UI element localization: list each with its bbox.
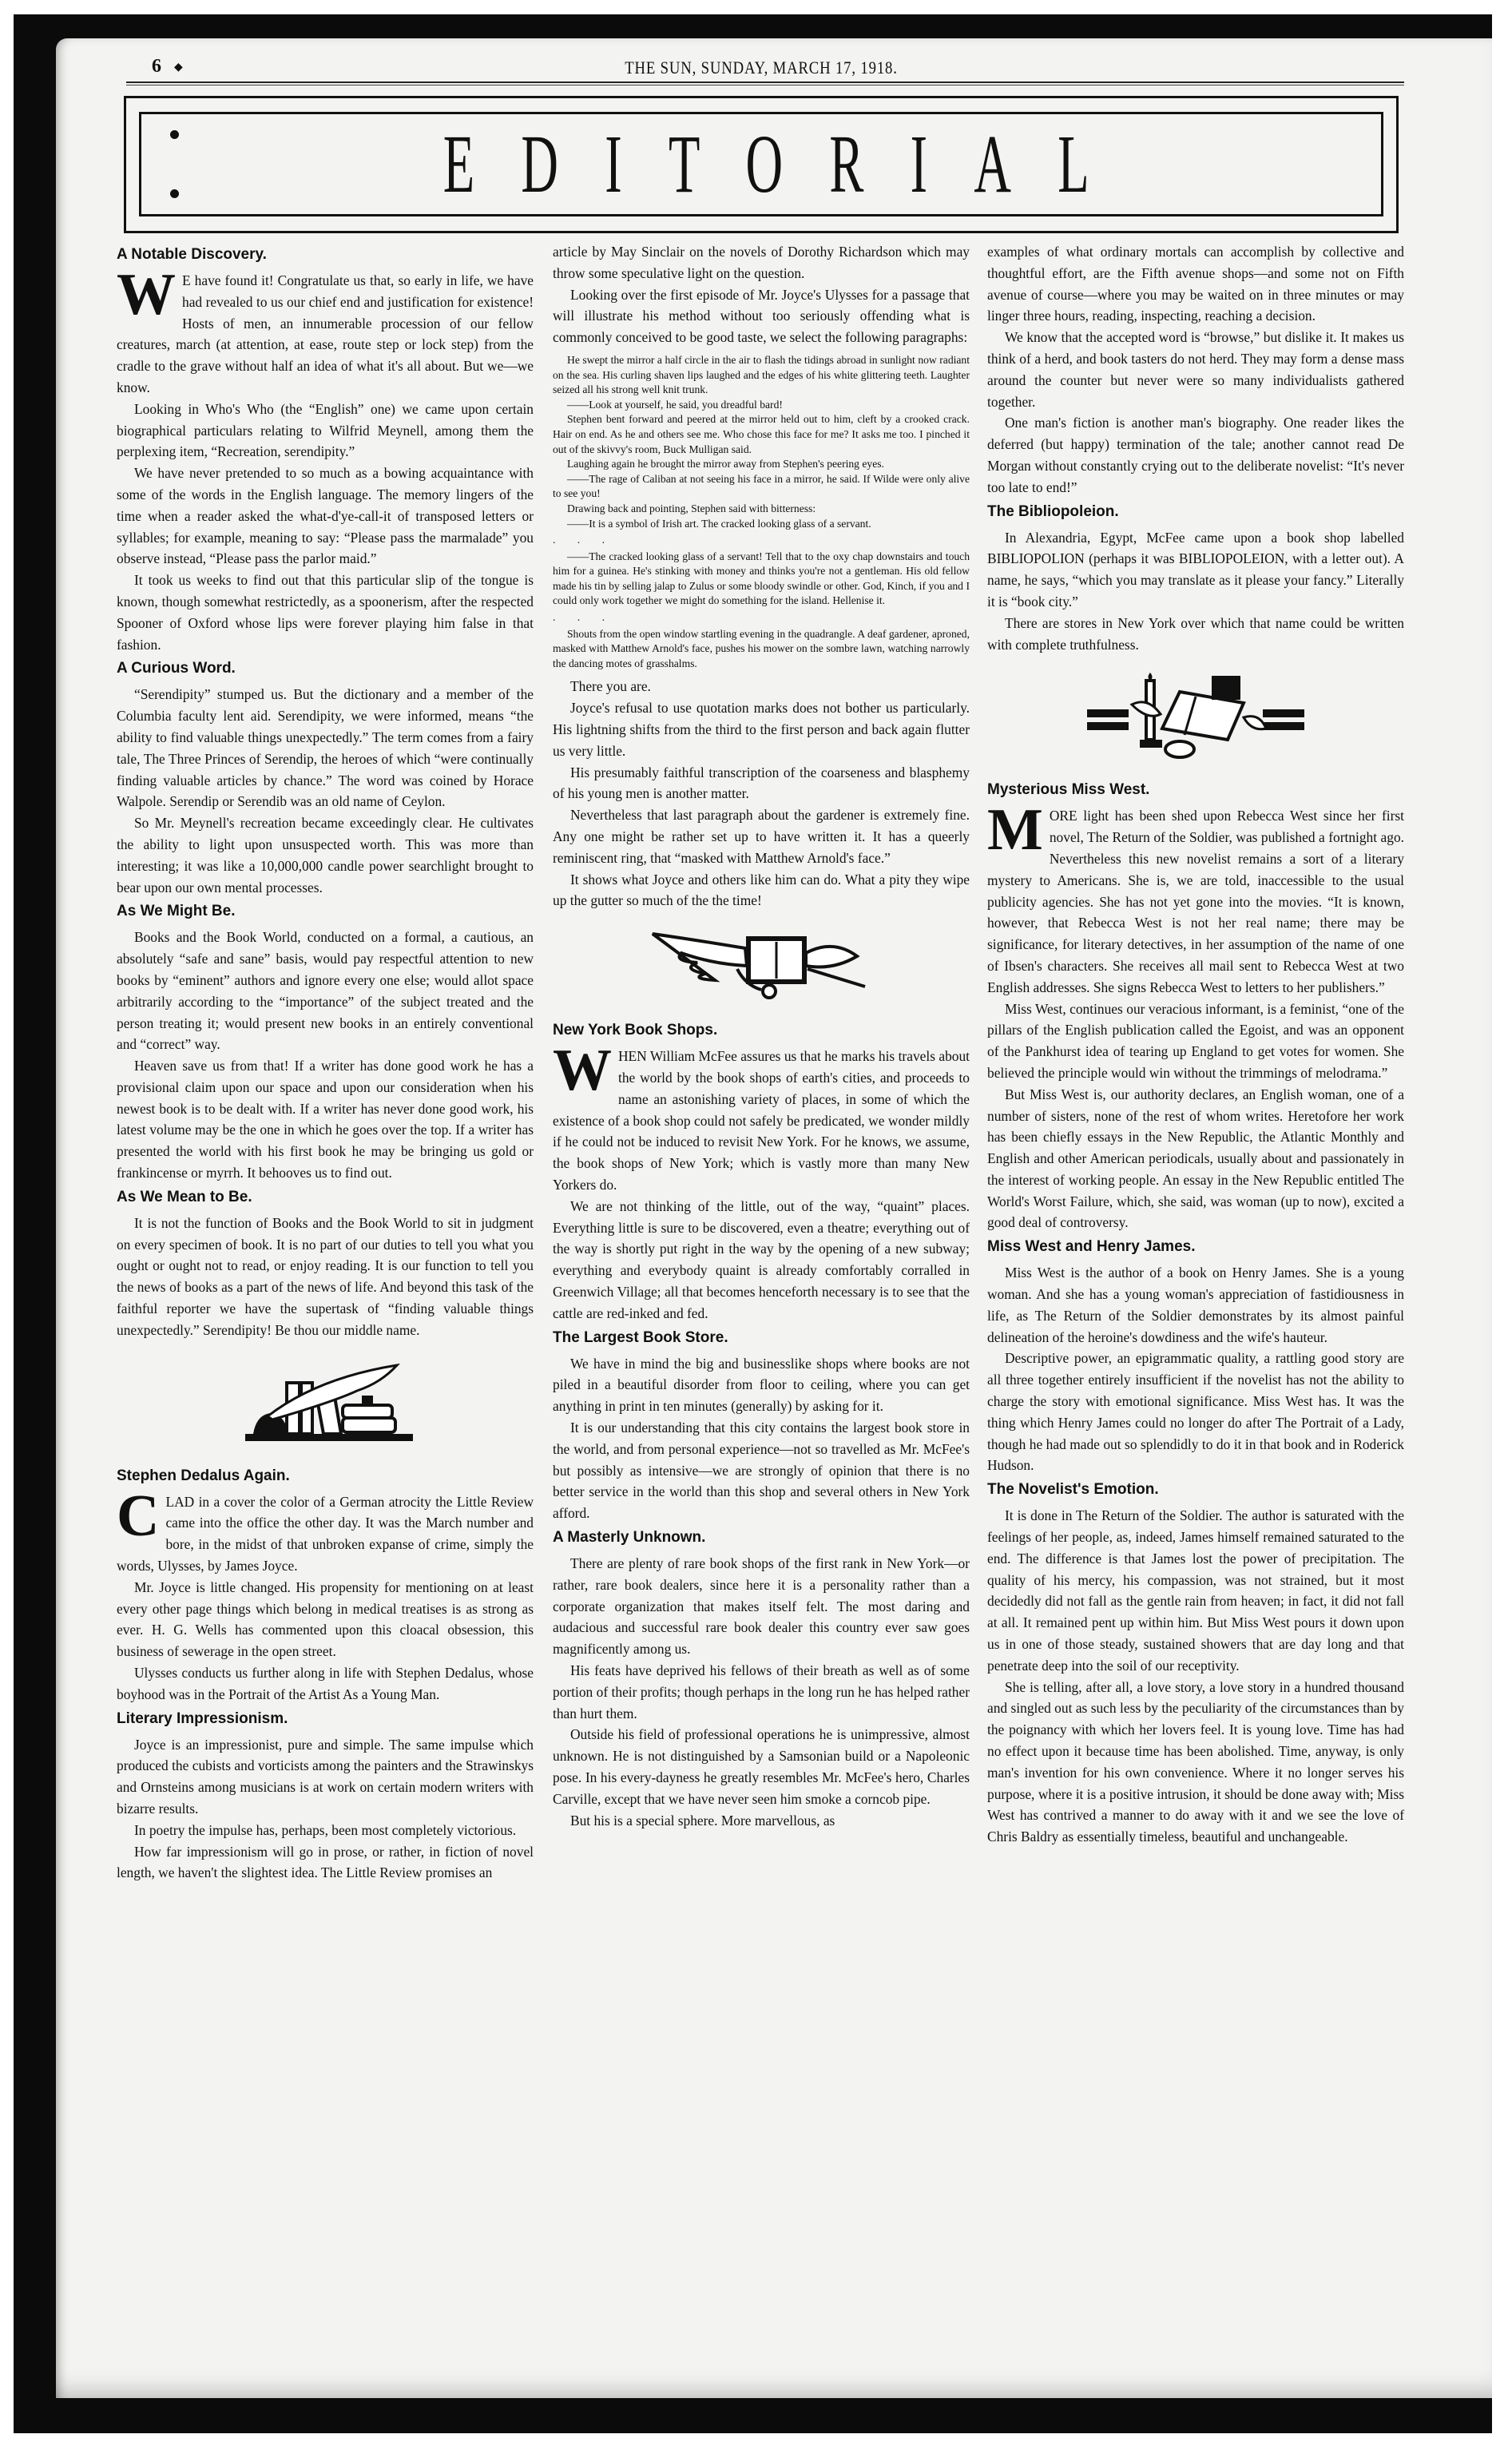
article-paragraph: It took us weeks to find out that this p… — [117, 570, 534, 655]
article-heading: A Notable Discovery. — [117, 244, 534, 265]
excerpt-paragraph: ——The cracked looking glass of a servant… — [553, 550, 970, 609]
drop-cap: W — [553, 1047, 612, 1094]
article-heading: As We Might Be. — [117, 901, 534, 922]
winged-book-ornament-icon — [553, 929, 970, 1001]
article-paragraph: Looking over the first episode of Mr. Jo… — [553, 284, 970, 348]
article-paragraph: WHEN William McFee assures us that he ma… — [553, 1046, 970, 1196]
masthead-rule — [126, 81, 1404, 85]
article-paragraph: Books and the Book World, conducted on a… — [117, 927, 534, 1055]
article-heading: Miss West and Henry James. — [987, 1237, 1404, 1257]
article-paragraph: One man's fiction is another man's biogr… — [987, 412, 1404, 498]
excerpt-ellipsis: . . . — [553, 533, 970, 548]
drop-cap: C — [117, 1493, 159, 1539]
article-paragraph: In poetry the impulse has, perhaps, been… — [117, 1820, 534, 1841]
article-paragraph: “Serendipity” stumped us. But the dictio… — [117, 684, 534, 812]
article-heading: As We Mean to Be. — [117, 1187, 534, 1208]
column-1: A Notable Discovery. WE have found it! C… — [117, 241, 534, 1884]
masthead: 6 ◆ THE SUN, SUNDAY, MARCH 17, 1918. — [118, 53, 1404, 85]
column-3: examples of what ordinary mortals can ac… — [987, 241, 1404, 1848]
article-paragraph: It is not the function of Books and the … — [117, 1213, 534, 1341]
article-paragraph: Miss West, continues our veracious infor… — [987, 999, 1404, 1084]
article-paragraph: Joyce's refusal to use quotation marks d… — [553, 697, 970, 761]
article-paragraph: Joyce is an impressionist, pure and simp… — [117, 1734, 534, 1820]
excerpt-ellipsis: . . . — [553, 610, 970, 625]
article-paragraph: So Mr. Meynell's recreation became excee… — [117, 812, 534, 898]
scan-margin — [1492, 14, 1512, 2454]
article-paragraph: WE have found it! Congratulate us that, … — [117, 270, 534, 399]
excerpt-paragraph: ——Look at yourself, he said, you dreadfu… — [553, 398, 970, 413]
article-paragraph: Ulysses conducts us further along in lif… — [117, 1662, 534, 1705]
article-heading: Mysterious Miss West. — [987, 780, 1404, 800]
article-heading: A Masterly Unknown. — [553, 1527, 970, 1548]
article-paragraph: There are plenty of rare book shops of t… — [553, 1553, 970, 1660]
article-paragraph: We are not thinking of the little, out o… — [553, 1196, 970, 1324]
article-heading: The Largest Book Store. — [553, 1328, 970, 1348]
drop-cap: M — [987, 807, 1043, 853]
article-paragraph: His presumably faithful transcription of… — [553, 762, 970, 805]
article-paragraph: It is done in The Return of the Soldier.… — [987, 1505, 1404, 1676]
article-paragraph: Heaven save us from that! If a writer ha… — [117, 1055, 534, 1184]
article-paragraph: We know that the accepted word is “brows… — [987, 327, 1404, 412]
excerpt-paragraph: He swept the mirror a half circle in the… — [553, 353, 970, 398]
article-heading: New York Book Shops. — [553, 1020, 970, 1041]
article-paragraph: Outside his field of professional operat… — [553, 1724, 970, 1809]
article-paragraph: Nevertheless that last paragraph about t… — [553, 804, 970, 868]
excerpt-paragraph: ——The rage of Caliban at not seeing his … — [553, 472, 970, 502]
article-paragraph: article by May Sinclair on the novels of… — [553, 241, 970, 284]
page-number: 6 ◆ — [152, 56, 183, 77]
article-paragraph: In Alexandria, Egypt, McFee came upon a … — [987, 527, 1404, 613]
excerpt-paragraph: ——It is a symbol of Irish art. The crack… — [553, 517, 970, 532]
column-2: article by May Sinclair on the novels of… — [553, 241, 970, 1831]
article-heading: The Novelist's Emotion. — [987, 1479, 1404, 1500]
article-paragraph: How far impressionism will go in prose, … — [117, 1841, 534, 1884]
books-quill-inkwell-ornament-icon — [117, 1359, 534, 1447]
section-title: EDITORIAL — [442, 117, 1135, 212]
diamond-mark-icon: ◆ — [174, 62, 183, 73]
article-paragraph: We have in mind the big and businesslike… — [553, 1353, 970, 1417]
excerpt-paragraph: Drawing back and pointing, Stephen said … — [553, 502, 970, 517]
article-paragraph: She is telling, after all, a love story,… — [987, 1677, 1404, 1848]
article-paragraph: His feats have deprived his fellows of t… — [553, 1660, 970, 1724]
article-paragraph: It is our understanding that this city c… — [553, 1417, 970, 1524]
excerpt-paragraph: Stephen bent forward and peered at the m… — [553, 412, 970, 457]
article-heading: The Bibliopoleion. — [987, 502, 1404, 522]
scan-bottom-border — [56, 2398, 1492, 2433]
article-paragraph: There you are. — [553, 676, 970, 697]
ulysses-excerpt: He swept the mirror a half circle in the… — [553, 353, 970, 671]
excerpt-paragraph: Shouts from the open window startling ev… — [553, 627, 970, 672]
article-paragraph: Miss West is the author of a book on Hen… — [987, 1262, 1404, 1348]
article-paragraph: examples of what ordinary mortals can ac… — [987, 241, 1404, 327]
candle-open-book-ornament-icon — [987, 673, 1404, 760]
title-dots-icon — [170, 129, 180, 201]
article-heading: A Curious Word. — [117, 658, 534, 679]
article-paragraph: But his is a special sphere. More marvel… — [553, 1810, 970, 1832]
article-heading: Stephen Dedalus Again. — [117, 1466, 534, 1487]
section-title-frame-inner: EDITORIAL — [139, 112, 1383, 216]
article-paragraph: There are stores in New York over which … — [987, 613, 1404, 656]
excerpt-paragraph: Laughing again he brought the mirror awa… — [553, 457, 970, 472]
article-paragraph: Descriptive power, an epigrammatic quali… — [987, 1348, 1404, 1476]
article-paragraph: We have never pretended to so much as a … — [117, 463, 534, 570]
article-paragraph: Mr. Joyce is little changed. His propens… — [117, 1577, 534, 1662]
drop-cap: W — [117, 272, 176, 318]
article-paragraph: MORE light has been shed upon Rebecca We… — [987, 805, 1404, 998]
article-heading: Literary Impressionism. — [117, 1709, 534, 1729]
dateline: THE SUN, SUNDAY, MARCH 17, 1918. — [215, 58, 1308, 78]
article-paragraph: Looking in Who's Who (the “English” one)… — [117, 399, 534, 463]
article-paragraph: CLAD in a cover the color of a German at… — [117, 1491, 534, 1577]
article-paragraph: It shows what Joyce and others like him … — [553, 869, 970, 912]
article-paragraph: But Miss West is, our authority declares… — [987, 1084, 1404, 1234]
